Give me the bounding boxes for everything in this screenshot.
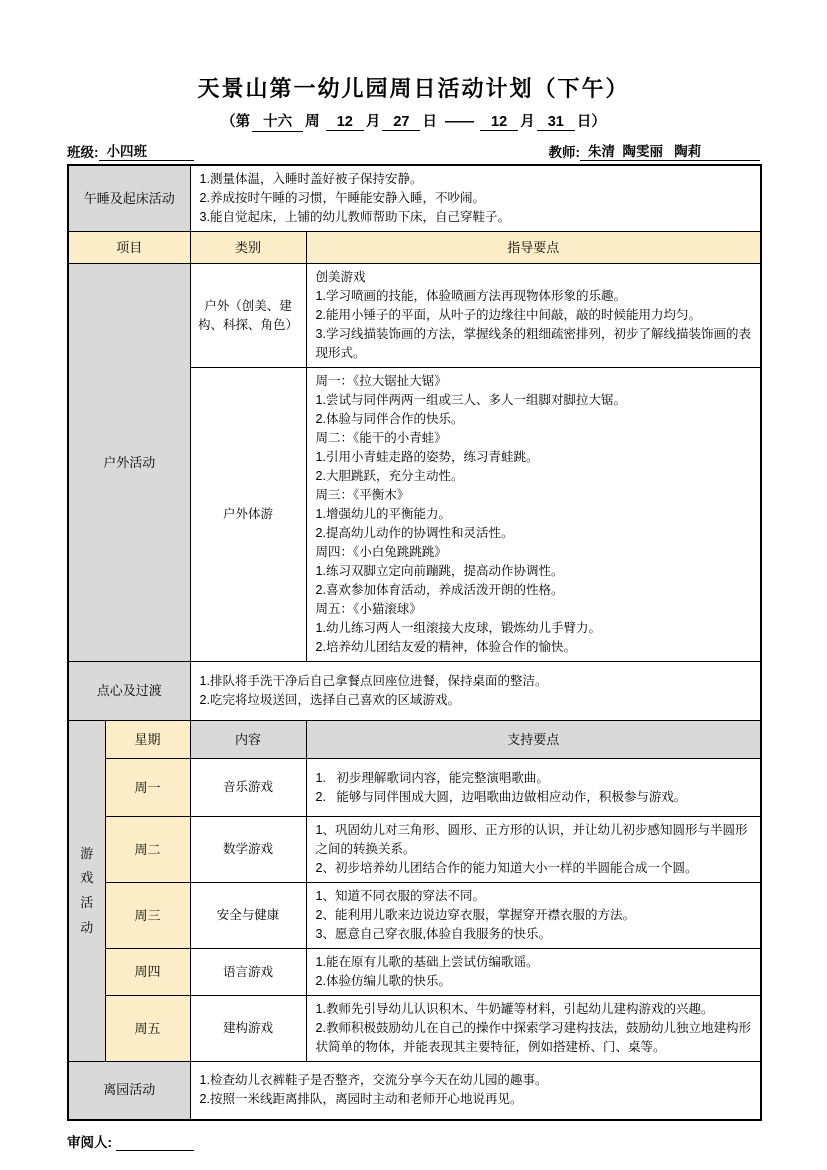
games-content-tuesday: 数学游戏 [190,817,306,883]
date-range-dash: —— [445,114,474,130]
games-content-thursday: 语言游戏 [190,949,306,996]
games-section-label: 游 戏 活 动 [68,721,105,1062]
games-points-friday: 1.教师先引导幼儿认识积木、牛奶罐等材料，引起幼儿建构游戏的兴趣。 2.教师积极… [306,996,761,1062]
games-row-tuesday: 周二 数学游戏 1、巩固幼儿对三角形、圆形、正方形的认识，并让幼儿初步感知圆形与… [68,817,761,883]
games-content-wednesday: 安全与健康 [190,883,306,949]
class-value: 小四班 [99,140,194,161]
games-row-friday: 周五 建构游戏 1.教师先引导幼儿认识积木、牛奶罐等材料，引起幼儿建构游戏的兴趣… [68,996,761,1062]
games-header-day: 星期 [105,721,190,759]
start-day-field: 27 [382,114,420,131]
nap-row: 午睡及起床活动 1.测量体温，入睡时盖好被子保持安静。 2.养成按时午睡的习惯，… [68,165,761,232]
day-unit-1: 日 [422,110,437,131]
document-header: 天景山第一幼儿园周日活动计划（下午） （第十六周 12月27日 —— 12月31… [0,0,827,132]
games-header-content: 内容 [190,721,306,759]
games-day-tuesday: 周二 [105,817,190,883]
month-unit-1: 月 [366,110,381,131]
end-day-field: 31 [537,114,575,131]
columns-header-row: 项目 类别 指导要点 [68,232,761,264]
games-row-wednesday: 周三 安全与健康 1、知道不同衣服的穿法不同。 2、能利用儿歌来边说边穿衣服，掌… [68,883,761,949]
games-points-wednesday: 1、知道不同衣服的穿法不同。 2、能利用儿歌来边说边穿衣服，掌握穿开襟衣服的方法… [306,883,761,949]
end-month-field: 12 [480,114,518,131]
reviewer-label: 审阅人: [67,1131,112,1151]
games-day-monday: 周一 [105,759,190,817]
teacher-value: 朱清 陶雯丽 陶莉 [580,140,760,161]
games-day-wednesday: 周三 [105,883,190,949]
games-points-thursday: 1.能在原有儿歌的基础上尝试仿编歌谣。 2.体验仿编儿歌的快乐。 [306,949,761,996]
class-field: 班级: 小四班 [67,140,194,161]
week-unit: 周 [305,110,320,131]
games-content-monday: 音乐游戏 [190,759,306,817]
games-header-row: 游 戏 活 动 星期 内容 支持要点 [68,721,761,759]
column-header-category: 类别 [190,232,306,264]
games-points-tuesday: 1、巩固幼儿对三角形、圆形、正方形的认识，并让幼儿初步感知圆形与半圆形之间的转换… [306,817,761,883]
reviewer-blank-field [116,1137,194,1151]
games-header-points: 支持要点 [306,721,761,759]
outdoor-sports-content: 周一：《拉大锯扯大锯》 1.尝试与同伴两两一组或三人、多人一组脚对脚拉大锯。 2… [306,368,761,662]
games-points-monday: 1. 初步理解歌词内容，能完整演唱歌曲。 2. 能够与同伴围成大圆，边唱歌曲边做… [306,759,761,817]
games-content-friday: 建构游戏 [190,996,306,1062]
nap-row-label: 午睡及起床活动 [68,165,190,232]
snack-row-content: 1.排队将手洗干净后自己拿餐点回座位进餐，保持桌面的整洁。 2.吃完将垃圾送回，… [190,662,761,721]
outdoor-creative-category: 户外（创美、建构、科探、角色） [190,264,306,368]
class-label: 班级: [67,141,99,161]
outdoor-sports-category: 户外体游 [190,368,306,662]
teacher-label: 教师: [549,141,581,161]
snack-row-label: 点心及过渡 [68,662,190,721]
week-date-line: （第十六周 12月27日 —— 12月31日） [0,110,827,132]
activity-plan-table: 午睡及起床活动 1.测量体温，入睡时盖好被子保持安静。 2.养成按时午睡的习惯，… [67,164,762,1121]
subtitle-open: （第 [221,110,250,131]
games-row-monday: 周一 音乐游戏 1. 初步理解歌词内容，能完整演唱歌曲。 2. 能够与同伴围成大… [68,759,761,817]
games-day-friday: 周五 [105,996,190,1062]
games-day-thursday: 周四 [105,949,190,996]
document-page: 天景山第一幼儿园周日活动计划（下午） （第十六周 12月27日 —— 12月31… [0,0,827,1170]
outdoor-creative-row: 户外活动 户外（创美、建构、科探、角色） 创美游戏 1.学习喷画的技能，体验喷画… [68,264,761,368]
start-month-field: 12 [326,114,364,131]
leave-row-label: 离园活动 [68,1062,190,1120]
column-header-points: 指导要点 [306,232,761,264]
month-unit-2: 月 [520,110,535,131]
class-teacher-line: 班级: 小四班 教师: 朱清 陶雯丽 陶莉 [67,140,760,161]
outdoor-section-label: 户外活动 [68,264,190,662]
outdoor-creative-content: 创美游戏 1.学习喷画的技能，体验喷画方法再现物体形象的乐趣。 2.能用小锤子的… [306,264,761,368]
reviewer-line: 审阅人: [67,1131,760,1151]
column-header-project: 项目 [68,232,190,264]
subtitle-close: 日） [577,110,606,131]
page-title: 天景山第一幼儿园周日活动计划（下午） [0,72,827,103]
games-row-thursday: 周四 语言游戏 1.能在原有儿歌的基础上尝试仿编歌谣。 2.体验仿编儿歌的快乐。 [68,949,761,996]
leave-row: 离园活动 1.检查幼儿衣裤鞋子是否整齐，交流分享今天在幼儿园的趣事。 2.按照一… [68,1062,761,1120]
leave-row-content: 1.检查幼儿衣裤鞋子是否整齐，交流分享今天在幼儿园的趣事。 2.按照一米线距离排… [190,1062,761,1120]
snack-row: 点心及过渡 1.排队将手洗干净后自己拿餐点回座位进餐，保持桌面的整洁。 2.吃完… [68,662,761,721]
teacher-field: 教师: 朱清 陶雯丽 陶莉 [549,140,761,161]
nap-row-content: 1.测量体温，入睡时盖好被子保持安静。 2.养成按时午睡的习惯，午睡能安静入睡，… [190,165,761,232]
week-number-field: 十六 [252,110,303,132]
